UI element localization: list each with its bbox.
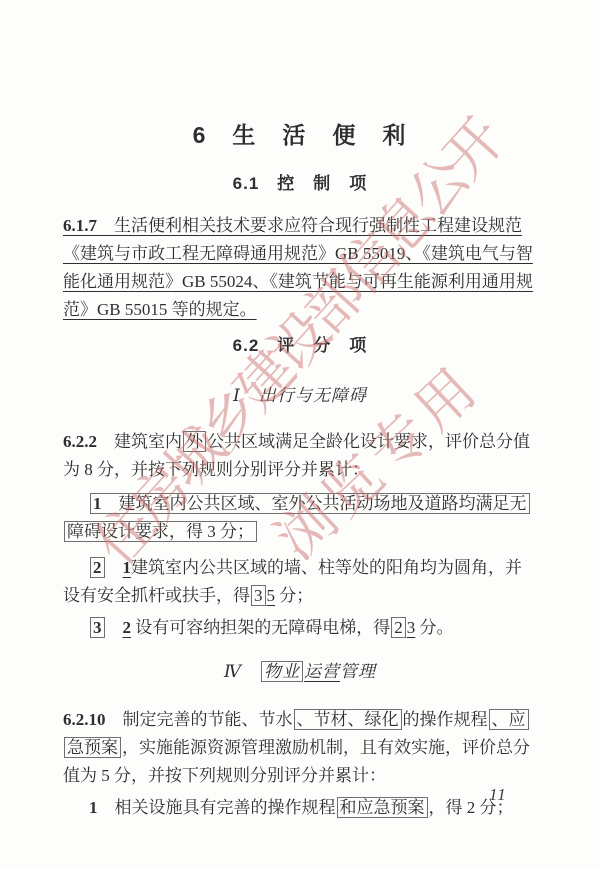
revision-box: 和应急预案 bbox=[337, 797, 428, 818]
text-run: 6.2.2 bbox=[63, 432, 97, 451]
text-run: 设有安全抓杆或扶手，得 bbox=[63, 586, 250, 605]
revision-box: 、节材、绿化 bbox=[294, 709, 402, 730]
text-run: 障碍设计要求，得 3 分； bbox=[67, 522, 254, 541]
text-line: 《建筑与市政工程无障碍通用规范》GB 55019、《建筑电气与智 bbox=[63, 240, 537, 268]
text-run: 6.2.10 bbox=[63, 710, 106, 729]
subsection-heading-1-mobility: Ⅰ 出行与无障碍 bbox=[63, 382, 537, 410]
revision-underline: 6.1.7 bbox=[63, 216, 97, 235]
clause-6-2-10: 6.2.10 制定完善的节能、节水、节材、绿化的操作规程、应急预案，实施能源资源… bbox=[63, 706, 537, 790]
revision-underline: 范》GB 55015 等的规定。 bbox=[63, 300, 257, 319]
text-run: Ⅳ bbox=[224, 662, 260, 681]
text-run: 值为 5 分，并按下列规则分别评分并累计： bbox=[63, 766, 386, 785]
text-run: 建筑室内公共区域的墙、柱等处的阳角均为圆角，并 bbox=[131, 558, 522, 577]
text-run: 公共区域满足全龄化设计要求，评价总分值 bbox=[207, 432, 530, 451]
text-line: 范》GB 55015 等的规定。 bbox=[63, 296, 537, 324]
text-line: Ⅳ 物业运营管理 bbox=[63, 658, 537, 686]
clause-6-2-2-item-1: 1 建筑室内公共区域、室外公共活动场地及道路均满足无障碍设计要求，得 3 分； bbox=[63, 490, 537, 546]
page-content: 6 生 活 便 利 6.1 控 制 项 6.1.7 生活便利相关技术要求应符合现… bbox=[63, 0, 537, 822]
text-line: 设有安全抓杆或扶手，得35 分； bbox=[63, 582, 537, 610]
text-line: 急预案，实施能源资源管理激励机制，且有效实施，评价总分 bbox=[63, 734, 537, 762]
clause-6-2-2: 6.2.2 建筑室内外公共区域满足全龄化设计要求，评价总分值为 8 分，并按下列… bbox=[63, 428, 537, 484]
text-run: 分； bbox=[275, 586, 313, 605]
text-line: 为 8 分，并按下列规则分别评分并累计： bbox=[63, 456, 537, 484]
text-line: 6.1.7 生活便利相关技术要求应符合现行强制性工程建设规范 bbox=[63, 212, 537, 240]
text-line: 2 1建筑室内公共区域的墙、柱等处的阳角均为圆角，并 bbox=[63, 554, 537, 582]
text-run: 制定完善的节能、节水 bbox=[106, 710, 293, 729]
revision-box: 2 bbox=[90, 557, 105, 578]
revision-box: 障碍设计要求，得 3 分； bbox=[64, 521, 257, 542]
revision-underline: 能化通用规范》GB 55024、《建筑节能与可再生能源利用通用规 bbox=[63, 272, 533, 291]
text-line: 值为 5 分，并按下列规则分别评分并累计： bbox=[63, 762, 537, 790]
subsection-heading-4-property-management: Ⅳ 物业运营管理 bbox=[63, 658, 537, 686]
revision-box: 3 bbox=[251, 585, 266, 606]
text-run: 分。 bbox=[415, 618, 453, 637]
revision-underline: 5 bbox=[267, 586, 276, 605]
clause-6-2-2-item-3: 3 2 设有可容纳担架的无障碍电梯，得23 分。 bbox=[63, 614, 537, 642]
text-run: 1 bbox=[89, 798, 98, 817]
text-line: 障碍设计要求，得 3 分； bbox=[63, 518, 537, 546]
text-line: Ⅰ 出行与无障碍 bbox=[63, 382, 537, 410]
text-line: 1 建筑室内公共区域、室外公共活动场地及道路均满足无 bbox=[63, 490, 537, 518]
clause-6-2-2-item-2: 2 1建筑室内公共区域的墙、柱等处的阳角均为圆角，并设有安全抓杆或扶手，得35 … bbox=[63, 554, 537, 610]
clause-6-1-7: 6.1.7 生活便利相关技术要求应符合现行强制性工程建设规范《建筑与市政工程无障… bbox=[63, 212, 537, 324]
text-run: 1 bbox=[93, 494, 102, 513]
text-run bbox=[106, 618, 123, 637]
text-run: Ⅰ 出行与无障碍 bbox=[233, 386, 367, 405]
revision-underline: 《建筑与市政工程无障碍通用规范》GB 55019、《建筑电气与智 bbox=[63, 244, 533, 263]
revision-box: 、应 bbox=[489, 709, 529, 730]
text-run bbox=[106, 558, 123, 577]
text-line: 6.2.10 制定完善的节能、节水、节材、绿化的操作规程、应 bbox=[63, 706, 537, 734]
text-run: ，实施能源资源管理激励机制，且有效实施，评价总分 bbox=[122, 738, 530, 757]
section-heading-6-1: 6.1 控 制 项 bbox=[63, 172, 537, 196]
revision-underline: 运营 bbox=[304, 662, 340, 681]
clause-6-2-10-item-1: 1 相关设施具有完善的操作规程和应急预案，得 2 分； bbox=[63, 794, 537, 822]
revision-underline: 生活便利相关技术要求应符合现行强制性工程建设规范 bbox=[97, 216, 522, 235]
revision-box: 3 bbox=[90, 617, 105, 638]
text-line: 能化通用规范》GB 55024、《建筑节能与可再生能源利用通用规 bbox=[63, 268, 537, 296]
revision-box: 2 bbox=[391, 617, 406, 638]
text-line: 1 相关设施具有完善的操作规程和应急预案，得 2 分； bbox=[63, 794, 537, 822]
revision-box: 物业 bbox=[261, 661, 303, 682]
revision-underline: 2 bbox=[123, 618, 132, 637]
text-run: 为 8 分，并按下列规则分别评分并累计： bbox=[63, 460, 369, 479]
revision-box: 1 建筑室内公共区域、室外公共活动场地及道路均满足无 bbox=[90, 493, 530, 514]
text-run: 相关设施具有完善的操作规程 bbox=[98, 798, 336, 817]
text-run: 设有可容纳担架的无障碍电梯，得 bbox=[131, 618, 390, 637]
text-line: 6.2.2 建筑室内外公共区域满足全龄化设计要求，评价总分值 bbox=[63, 428, 537, 456]
page-number: 11 bbox=[489, 785, 507, 805]
revision-underline: 3 bbox=[407, 618, 416, 637]
text-run: 建筑室内 bbox=[97, 432, 182, 451]
chapter-title: 6 生 活 便 利 bbox=[63, 120, 537, 150]
text-line: 3 2 设有可容纳担架的无障碍电梯，得23 分。 bbox=[63, 614, 537, 642]
section-heading-6-2: 6.2 评 分 项 bbox=[63, 334, 537, 358]
text-run: 建筑室内公共区域、室外公共活动场地及道路均满足无 bbox=[102, 494, 527, 513]
document-page: 住房城乡建设部信息公开 浏览专用 6 生 活 便 利 6.1 控 制 项 6.1… bbox=[0, 0, 600, 869]
text-run: 管理 bbox=[340, 662, 376, 681]
text-run: 的操作规程 bbox=[403, 710, 488, 729]
revision-box: 急预案 bbox=[64, 737, 121, 758]
revision-box: 外 bbox=[183, 431, 206, 452]
revision-underline: 1 bbox=[123, 558, 132, 577]
